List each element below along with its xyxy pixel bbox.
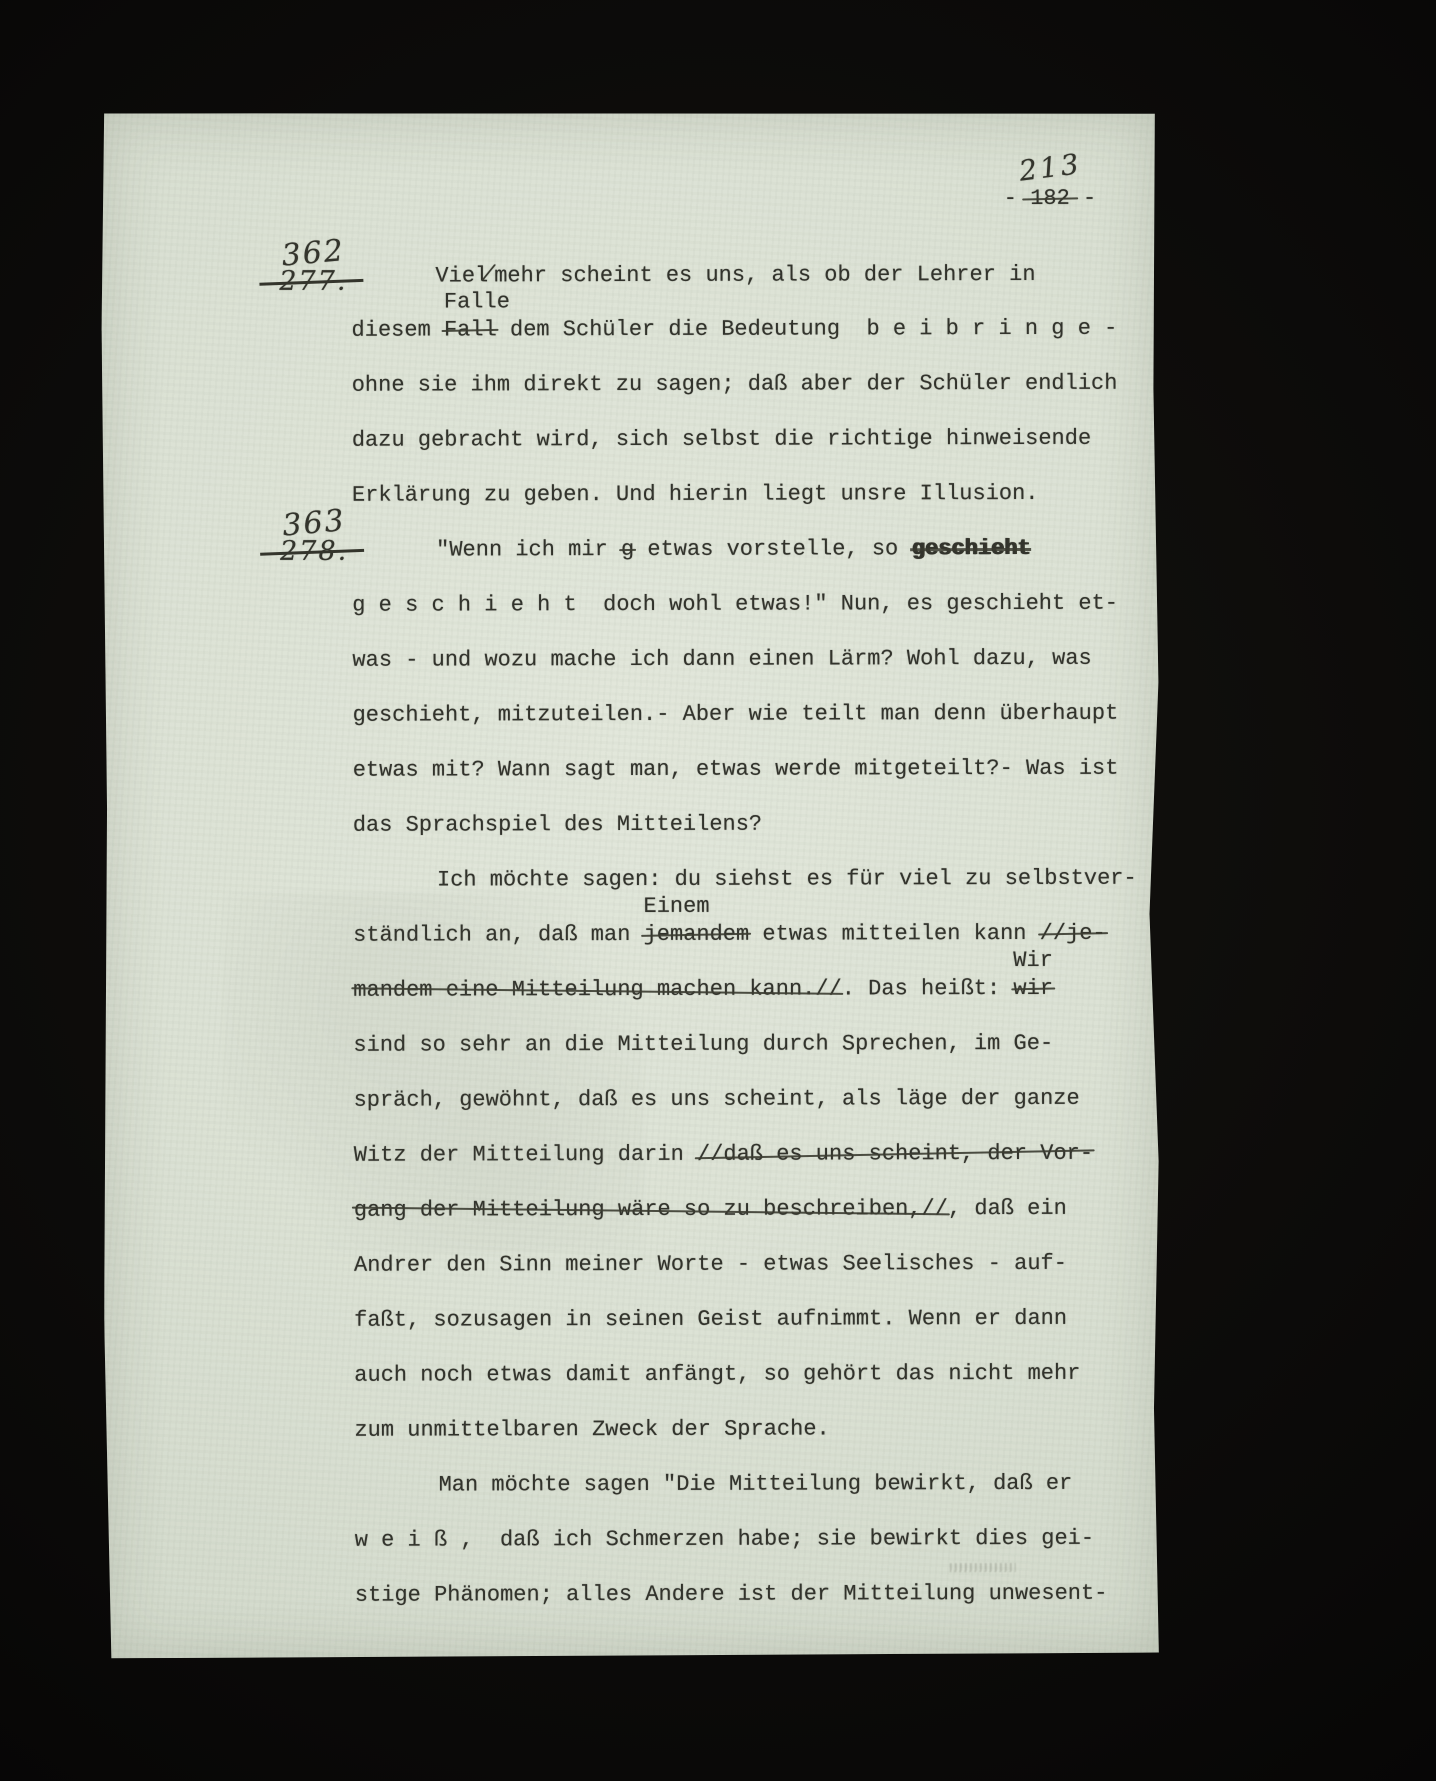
typescript-line: das Sprachspiel des Mitteilens?	[353, 811, 1143, 868]
typescript-line: faßt, sozusagen in seinen Geist aufnimmt…	[354, 1306, 1144, 1363]
typed-text: g e s c h i e h t doch wohl etwas!" Nun,…	[352, 591, 1118, 618]
typed-text: Viel	[435, 263, 488, 288]
typed-text: Erklärung zu geben. Und hierin liegt uns…	[352, 481, 1039, 508]
typed-text: stige Phänomen; alles Andere ist der Mit…	[355, 1581, 1108, 1608]
typed-text: mehr scheint es uns, als ob der Lehrer i…	[494, 262, 1035, 288]
interline-insertion: Falle	[444, 289, 510, 314]
interline-insertion: Wir	[1013, 948, 1053, 973]
typed-text: etwas mitteilen kann	[749, 921, 1040, 947]
typescript-line: Fallediesem Fall dem Schüler die Bedeutu…	[352, 316, 1142, 373]
struck-text: wir	[1013, 976, 1053, 1001]
typed-text: , daß ein	[948, 1196, 1067, 1221]
typescript-line: Andrer den Sinn meiner Worte - etwas See…	[354, 1251, 1144, 1308]
typed-text: das Sprachspiel des Mitteilens?	[353, 812, 762, 838]
typescript-line: was - und wozu mache ich dann einen Lärm…	[352, 646, 1142, 703]
typed-text: ohne sie ihm direkt zu sagen; daß aber d…	[352, 371, 1118, 398]
typed-text: auch noch etwas damit anfängt, so gehört…	[354, 1361, 1080, 1388]
verso-ink-ghost	[223, 892, 644, 1253]
typescript-line: zum unmittelbaren Zweck der Sprache.	[354, 1416, 1144, 1473]
typed-text: diesem	[352, 317, 444, 342]
handwritten-page-number: 213	[1002, 145, 1098, 189]
typed-text: Ich möchte sagen: du siehst es für viel …	[437, 866, 1137, 893]
typescript-line: auch noch etwas damit anfängt, so gehört…	[354, 1361, 1144, 1418]
typed-text: geschieht, mitzuteilen.- Aber wie teilt …	[353, 701, 1119, 728]
typescript-line: ohne sie ihm direkt zu sagen; daß aber d…	[352, 371, 1142, 428]
typescript-line: Erklärung zu geben. Und hierin liegt uns…	[352, 481, 1142, 538]
struck-text: g	[621, 537, 634, 562]
pencil-smudge	[950, 1563, 1016, 1572]
struck-text: //daß es uns scheint, der Vor-	[697, 1141, 1093, 1167]
struck-text: Fall	[444, 317, 497, 342]
overtyped-deleted-word: geschieht	[911, 536, 1030, 561]
page-number-block: 213 - 182 -	[1004, 151, 1097, 211]
typescript-line: geschieht, mitzuteilen.- Aber wie teilt …	[353, 701, 1143, 758]
typed-text: w e i ß , daß ich Schmerzen habe; sie be…	[355, 1526, 1094, 1553]
typescript-line: dazu gebracht wird, sich selbst die rich…	[352, 426, 1142, 483]
struck-old-page-number: 182	[1030, 186, 1070, 211]
typed-text: was - und wozu mache ich dann einen Lärm…	[352, 646, 1091, 673]
typescript-line: "Wenn ich mir g etwas vorstelle, so gesc…	[352, 536, 1142, 593]
typescript-line: etwas mit? Wann sagt man, etwas werde mi…	[353, 756, 1143, 813]
typed-text: dem Schüler die Bedeutung b e i b r i n …	[497, 316, 1118, 343]
typed-text: faßt, sozusagen in seinen Geist aufnimmt…	[354, 1306, 1067, 1333]
typed-text: etwas mit? Wann sagt man, etwas werde mi…	[353, 756, 1119, 783]
typed-text: zum unmittelbaren Zweck der Sprache.	[354, 1416, 829, 1442]
interline-insertion: Einem	[643, 894, 709, 919]
typescript-line: Man möchte sagen "Die Mitteilung bewirkt…	[355, 1471, 1145, 1528]
typed-text: Andrer den Sinn meiner Worte - etwas See…	[354, 1251, 1067, 1278]
typed-page-number: - 182 -	[1004, 186, 1096, 211]
typescript-line: w e i ß , daß ich Schmerzen habe; sie be…	[355, 1526, 1145, 1583]
typed-text: dazu gebracht wird, sich selbst die rich…	[352, 426, 1091, 453]
typed-text: etwas vorstelle, so	[634, 536, 911, 562]
typed-text: . Das heißt:	[842, 976, 1014, 1001]
typed-text: Man möchte sagen "Die Mitteilung bewirkt…	[439, 1471, 1073, 1498]
typescript-line: g e s c h i e h t doch wohl etwas!" Nun,…	[352, 591, 1142, 648]
struck-text: jemandem	[644, 922, 750, 947]
struck-text: //je-	[1040, 921, 1106, 946]
typed-text: "Wenn ich mir	[436, 537, 621, 562]
typescript-line: stige Phänomen; alles Andere ist der Mit…	[355, 1581, 1145, 1638]
typescript-page: 213 - 182 - 362 277. 363 278. Viel/mehr …	[101, 111, 1162, 1659]
